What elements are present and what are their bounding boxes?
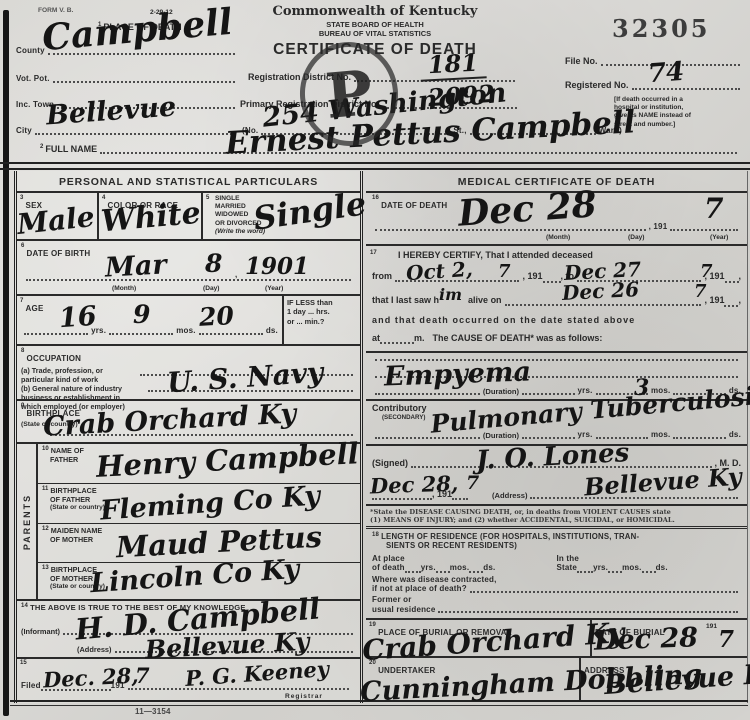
m-label: m.: [414, 333, 425, 344]
dod-value-handwriting: Dec 28: [457, 186, 598, 232]
residence-block: 18LENGTH OF RESIDENCE (FOR HOSPITALS, IN…: [366, 529, 747, 620]
if-less-line1: IF LESS than: [287, 298, 357, 307]
mother-number: 12: [42, 526, 49, 532]
dod-year-suffix-handwriting: 7: [704, 195, 723, 223]
signed-year-suffix-handwriting: 7: [466, 474, 479, 493]
informant-address-handwriting: Bellevue Ky: [144, 629, 309, 663]
age-ds-handwriting: 20: [198, 303, 234, 330]
medical-certificate-column: MEDICAL CERTIFICATE OF DEATH 16DATE OF D…: [366, 171, 748, 703]
certify-rest-text: That I attended deceased: [485, 250, 593, 260]
signed-row: (Signed) , M. D. J. O. Lones , 191 (Addr…: [366, 446, 747, 506]
color-value-handwriting: White: [100, 199, 202, 238]
hospital-note-line1: [If death occurred in a: [614, 96, 746, 104]
certify-block: 17 I HEREBY CERTIFY, That I attended dec…: [366, 246, 747, 353]
informant-row: 14THE ABOVE IS TRUE TO THE BEST OF MY KN…: [17, 601, 360, 659]
parents-label-text: PARENTS: [22, 493, 32, 549]
certify-from-label: from: [372, 271, 392, 282]
sex-value-handwriting: Male: [16, 203, 96, 239]
at-label: at: [372, 333, 380, 344]
dob-number: 6: [21, 243, 25, 249]
in-the-line2: State: [557, 563, 578, 573]
cause-value-handwriting: Empyema: [384, 358, 532, 390]
occupation-number: 8: [21, 348, 25, 354]
res-state-yrs: yrs.: [593, 563, 608, 573]
color-race-cell: 4COLOR OR RACE White: [99, 193, 203, 239]
dob-year-sublabel: (Year): [265, 285, 283, 293]
city-label: City: [16, 126, 32, 136]
at-place-line1: At place: [372, 554, 557, 564]
dob-month-sublabel: (Month): [112, 285, 136, 293]
burial-year-print: 191: [706, 623, 717, 631]
age-row: 7AGE yrs. mos. ds. 16 9 20 IF LESS than …: [17, 296, 360, 346]
burial-date-handwriting: Dec 28: [594, 624, 699, 655]
if-less-line2: 1 day ... hrs.: [287, 307, 357, 316]
registration-district-value-handwriting: 181: [419, 50, 486, 81]
signed-address-label: (Address): [492, 491, 527, 500]
certify-from-seven-handwriting: 7: [498, 263, 511, 281]
contributory-mos-label: mos.: [651, 430, 670, 440]
father-bp-number: 11: [42, 486, 48, 492]
occupation-row: 8OCCUPATION (a) Trade, profession, or pa…: [17, 346, 360, 401]
registered-no-label: Registered No.: [565, 80, 629, 91]
residence-label-line2: SIENTS OR RECENT RESIDENTS): [386, 541, 741, 550]
age-ds-label: ds.: [266, 326, 278, 336]
certify-line2-comma: ,: [739, 271, 742, 282]
dob-comma: ,: [235, 270, 237, 280]
parents-vertical-label: PARENTS: [17, 444, 38, 599]
stamp-letter: P: [323, 56, 376, 133]
death-certificate-scan: FORM V. B. 2-29-12 1PLACE OF DEATH Count…: [0, 0, 750, 720]
color-number: 4: [102, 195, 106, 201]
residence-number: 18: [372, 532, 379, 538]
city-value-handwriting: Bellevue: [45, 93, 177, 129]
last-saw-label: that I last saw h: [372, 295, 439, 306]
if-less-line3: or ... min.?: [287, 317, 357, 326]
alive-on-label: alive on: [468, 295, 502, 306]
sex-color-marital-row: 3SEX Male 4COLOR OR RACE White 5 SINGLE …: [17, 193, 360, 241]
contributory-ds-label: ds.: [729, 430, 741, 440]
filed-year-suffix-handwriting: 7: [135, 665, 150, 686]
in-state-group: In the State yrs. mos. ds.: [557, 554, 742, 573]
form-print-code: 11—3154: [135, 707, 171, 717]
physician-signature-handwriting: J. O. Lones: [475, 440, 629, 474]
age-yrs-handwriting: 16: [58, 303, 97, 333]
at-place-of-death-group: At place of death yrs. mos. ds.: [372, 554, 557, 573]
sex-cell: 3SEX Male: [17, 193, 99, 239]
certify-from-year-print: , 191: [522, 271, 542, 282]
parents-group: PARENTS 10NAME OF FATHER Henry Campbell …: [17, 444, 360, 601]
marital-cell: 5 SINGLE MARRIED WIDOWED OR DIVORCED (Wr…: [203, 193, 360, 239]
full-name-label: FULL NAME: [45, 144, 97, 154]
certificate-number: 32305: [612, 14, 711, 43]
header-divider-rule: [0, 162, 750, 170]
certify-number: 17: [370, 250, 377, 258]
dob-day-handwriting: 8: [205, 251, 222, 276]
full-name-number: 2: [40, 144, 43, 150]
if-less-cell: IF LESS than 1 day ... hrs. or ... min.?: [282, 296, 360, 344]
res-place-ds: ds.: [483, 563, 495, 573]
certify-line3-comma: ,: [738, 295, 741, 306]
in-the-line1: In the: [557, 554, 742, 564]
personal-particulars-column: PERSONAL AND STATISTICAL PARTICULARS 3SE…: [14, 171, 363, 703]
footnote-block: *State the DISEASE CAUSING DEATH, or, in…: [366, 506, 747, 529]
registered-no-value-handwriting: 74: [647, 59, 685, 87]
birthplace-row: 9BIRTHPLACE (State or country) Crab Orch…: [17, 401, 360, 444]
burial-year-suffix-handwriting: 7: [718, 628, 734, 651]
certify-to-seven-handwriting: 7: [700, 263, 713, 281]
sex-number: 3: [20, 195, 24, 201]
dod-year-print: , 191: [649, 222, 668, 232]
scan-edge-artifact: [3, 10, 9, 716]
commonwealth-title: Commonwealth of Kentucky: [235, 4, 515, 19]
dob-day-sublabel: (Day): [203, 285, 220, 293]
dod-number: 16: [372, 195, 379, 201]
occupation-label: OCCUPATION: [27, 354, 82, 363]
age-number: 7: [20, 298, 24, 304]
res-state-mos: mos.: [622, 563, 641, 573]
dod-day-sublabel: (Day): [628, 234, 645, 242]
mother-name-row: 12MAIDEN NAME OF MOTHER Maud Pettus: [38, 524, 360, 563]
county-label: County: [16, 46, 45, 56]
bureau-label: BUREAU OF VITAL STATISTICS: [235, 29, 515, 38]
filed-number: 15: [20, 660, 27, 666]
age-label: AGE: [26, 304, 44, 313]
res-place-mos: mos.: [450, 563, 469, 573]
former-residence-line2: usual residence: [372, 605, 435, 615]
dod-label: DATE OF DEATH: [381, 201, 447, 210]
footnote-line1: *State the DISEASE CAUSING DEATH, or, in…: [370, 508, 743, 516]
contributory-yrs-label: yrs.: [578, 430, 593, 440]
dob-year-handwriting: 1901: [245, 255, 309, 278]
dod-year-sublabel: (Year): [710, 234, 728, 242]
age-mos-handwriting: 9: [133, 302, 150, 327]
signed-label: (Signed): [372, 458, 408, 469]
voting-precinct-label: Vot. Pot.: [16, 74, 50, 84]
res-place-yrs: yrs.: [421, 563, 436, 573]
him-handwriting: im: [439, 287, 462, 303]
cause-yrs-label: yrs.: [578, 386, 593, 396]
birthplace-number: 9: [21, 403, 25, 409]
burial-row: 19PLACE OF BURIAL OR REMOVAL DATE OF BUR…: [366, 620, 747, 658]
father-name-row: 10NAME OF FATHER Henry Campbell: [38, 444, 360, 484]
file-no-label: File No.: [565, 56, 598, 67]
mother-label-line1: MAIDEN NAME: [51, 526, 103, 535]
mother-bp-number: 13: [42, 565, 49, 571]
burial-number: 19: [369, 622, 376, 628]
father-bp-label-line1: BIRTHPLACE: [50, 486, 96, 495]
voting-precinct-line: Vot. Pot.: [16, 74, 238, 84]
cause-of-death-intro: The CAUSE OF DEATH* was as follows:: [433, 333, 603, 344]
dod-month-sublabel: (Month): [546, 234, 570, 242]
death-occurred-line: and that death occurred on the date stat…: [372, 315, 741, 326]
dob-label: DATE OF BIRTH: [27, 249, 91, 258]
filed-row: 15 Filed 191 Dec. 28, 7 P. G. Keeney Reg…: [17, 659, 360, 703]
date-of-birth-row: 6DATE OF BIRTH Mar 8 , 1901 (Month) (Day…: [17, 241, 360, 296]
last-saw-value-handwriting: Dec 26: [562, 278, 640, 302]
signed-date-handwriting: Dec 28,: [370, 472, 459, 496]
informant-label: (Informant): [21, 627, 60, 636]
age-mos-label: mos.: [176, 326, 195, 336]
contributory-row: Contributory (SECONDARY) Pulmonary Tuber…: [366, 401, 747, 446]
at-place-line2: of death: [372, 563, 405, 573]
footnote-line2: (1) MEANS OF INJURY; and (2) whether ACC…: [370, 516, 743, 524]
undertaker-row: 20UNDERTAKER ADDRESS Cunningham Dobbling…: [366, 658, 747, 702]
father-birthplace-row: 11BIRTHPLACE OF FATHER (State or country…: [38, 484, 360, 524]
state-board-label: STATE BOARD OF HEALTH: [235, 20, 515, 29]
where-contracted-line2: if not at place of death?: [372, 584, 467, 594]
filed-label: Filed: [21, 681, 41, 691]
last-saw-seven-handwriting: 7: [694, 283, 707, 301]
filed-date-handwriting: Dec. 28,: [43, 665, 139, 691]
residence-label-line1: LENGTH OF RESIDENCE (FOR HOSPITALS, INST…: [381, 532, 639, 541]
truth-number: 14: [21, 603, 28, 609]
certify-from-value-handwriting: Oct 2,: [405, 259, 473, 284]
where-contracted-line1: Where was disease contracted,: [372, 575, 741, 585]
date-of-death-row: 16DATE OF DEATH , 191 Dec 28 7 (Month) (…: [366, 193, 747, 246]
dob-month-handwriting: Mar: [104, 251, 167, 281]
marital-number: 5: [206, 195, 209, 201]
father-number: 10: [42, 446, 49, 452]
last-saw-year-print: , 191: [704, 295, 724, 306]
father-label-line1: NAME OF: [51, 446, 84, 455]
former-residence-line1: Former or: [372, 595, 741, 605]
age-cell: 7AGE yrs. mos. ds. 16 9 20: [17, 296, 282, 344]
personal-section-title: PERSONAL AND STATISTICAL PARTICULARS: [17, 171, 360, 193]
res-state-ds: ds.: [656, 563, 668, 573]
